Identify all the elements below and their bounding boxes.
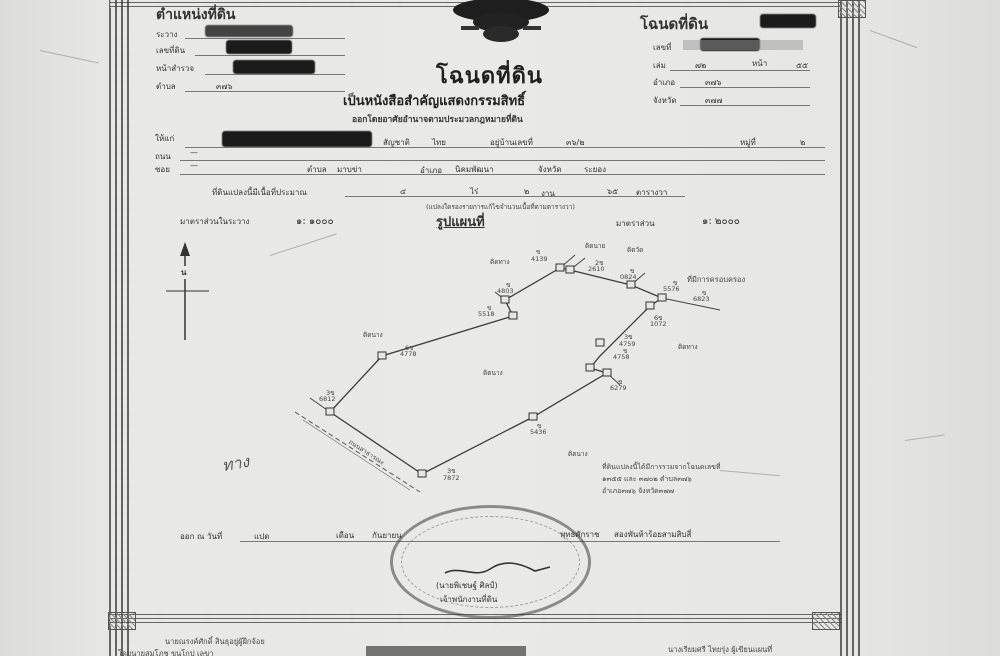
volume-label: เล่ม [653, 59, 666, 72]
adjacent-label: ติดนาย [585, 241, 605, 251]
adjacent-label: ติดนาง [568, 449, 588, 459]
border-corner [812, 612, 840, 630]
nationality-value: ไทย [432, 136, 446, 149]
area-ngan-label: งาน [541, 187, 555, 200]
given-to-label: ให้แก่ [155, 132, 174, 145]
map-scale-label: มาตราส่วน [616, 217, 655, 230]
point-code: 0824 [620, 273, 637, 281]
house-number-label: อยู่บ้านเลขที่ [490, 136, 533, 149]
adjacent-label: ติดทาง [490, 257, 510, 267]
point-code: 6279 [610, 384, 627, 392]
adjacent-label: ติดวัด [627, 245, 643, 255]
footer-left-line2: โดยนายสมโภช ขุนโกป เลขา [118, 648, 213, 656]
survey-sheet-label: ระวาง [156, 28, 177, 41]
document-subtitle: เป็นหนังสือสำคัญแสดงกรรมสิทธิ์ [343, 90, 525, 111]
adjacent-label: ติดนาง [483, 368, 503, 378]
garuda-emblem [447, 0, 555, 44]
soi-label: ซอย [155, 163, 170, 176]
right-ornamental-border [838, 0, 864, 656]
location-section-title: ตำแหน่งที่ดิน [156, 4, 236, 26]
signer-name: (นายพิเชษฐ์ ศิลป์) [436, 579, 498, 592]
amphoe-label: อำเภอ [653, 76, 675, 89]
land-number-label: เลขที่ดิน [156, 44, 185, 57]
occupation-label: ที่มีการครอบครอง [687, 274, 745, 286]
north-label: น [181, 266, 186, 279]
field-underline [345, 196, 685, 197]
point-code: 5436 [530, 428, 547, 436]
border-corner [838, 0, 866, 18]
merge-note-line3: อำเภอ๓๗๖ จังหวัด๓๗๗ [602, 486, 674, 497]
field-underline [185, 91, 345, 92]
map-title: รูปแผนที่ [436, 211, 485, 232]
moo-label: หมู่ที่ [740, 136, 756, 149]
redacted-survey-sheet [205, 25, 293, 37]
survey-scale-value: ๑: ๑๐๐๐ [296, 214, 334, 229]
field-underline [185, 38, 345, 39]
field-underline [195, 55, 345, 56]
merge-note-line1: ที่ดินแปลงนี้ได้มีการรวมจากโฉนดเลขที่ [602, 462, 721, 473]
field-underline [205, 74, 345, 75]
issue-year: สองพันห้าร้อยสามสิบสี่ [614, 528, 691, 541]
road-label: ถนน [155, 150, 171, 163]
field-underline [670, 70, 810, 71]
field-underline [680, 105, 810, 106]
adjacent-label: ติดทาง [678, 342, 698, 352]
adjacent-label: ติดนาง [363, 330, 383, 340]
merge-note-line2: ๑๓๕๕ และ ๓๗๐๒ ตำบล๓๗๖ [602, 474, 692, 485]
redacted-title-number [760, 14, 816, 28]
point-code: 7872 [443, 474, 460, 482]
point-code: 6823 [693, 295, 710, 303]
point-code: 4778 [400, 350, 417, 358]
map-scale-value: ๑: ๒๐๐๐ [702, 214, 740, 229]
survey-scale-label: มาตราส่วนในระวาง [180, 215, 249, 228]
issuing-authority: ออกโดยอาศัยอำนาจตามประมวลกฎหมายที่ดิน [352, 112, 523, 126]
province-label: จังหวัด [653, 94, 677, 107]
point-code: 4139 [531, 255, 548, 263]
redaction-shadow [683, 40, 803, 50]
point-code: 4803 [497, 287, 514, 295]
point-code: 6812 [319, 395, 336, 403]
point-code: 4758 [613, 353, 630, 361]
house-number-value: ๓๖/๒ [566, 136, 585, 149]
field-underline [180, 160, 825, 161]
point-code: 5576 [663, 285, 680, 293]
footer-left-signer: นายณรงค์ศักดิ์ สินธุอยู่ผู้ฝึกจ้อย [165, 636, 265, 648]
handwritten-note: ทาง [220, 450, 251, 479]
footer-right-signer: นางเรียมศรี ไทยรุ่ง ผู้เขียนแผนที่ [668, 644, 772, 656]
redacted-survey-page [233, 60, 315, 74]
nationality-label: สัญชาติ [383, 136, 410, 149]
field-underline [180, 174, 825, 175]
redacted-footer-block [366, 646, 526, 656]
signer-position: เจ้าพนักงานที่ดิน [440, 593, 497, 606]
field-underline [680, 87, 810, 88]
point-code: 1072 [650, 320, 667, 328]
left-ornamental-border [107, 0, 133, 656]
road-value: — [190, 148, 198, 157]
border-corner [108, 612, 136, 630]
point-code: 5518 [478, 310, 495, 318]
issued-on-label: ออก ณ วันที่ [180, 530, 222, 543]
deed-number-label: เลขที่ [653, 41, 671, 54]
page-label: หน้า [752, 57, 767, 70]
soi-value: — [190, 161, 198, 170]
survey-page-label: หน้าสำรวจ [156, 62, 194, 75]
tambon-label: ตำบล [156, 80, 176, 93]
north-arrow-icon [163, 240, 213, 345]
redacted-owner-name [222, 131, 372, 147]
document-title: โฉนดที่ดิน [436, 58, 543, 93]
moo-value: ๒ [800, 136, 805, 149]
redacted-land-number [226, 40, 292, 54]
deed-section-title: โฉนดที่ดิน [640, 12, 708, 36]
area-sqwa-label: ตารางวา [636, 186, 667, 199]
area-label: ที่ดินแปลงนี้มีเนื้อที่ประมาณ [212, 186, 307, 199]
amphoe-owner-label: อำเภอ [420, 164, 442, 177]
point-code: 2610 [588, 265, 605, 273]
